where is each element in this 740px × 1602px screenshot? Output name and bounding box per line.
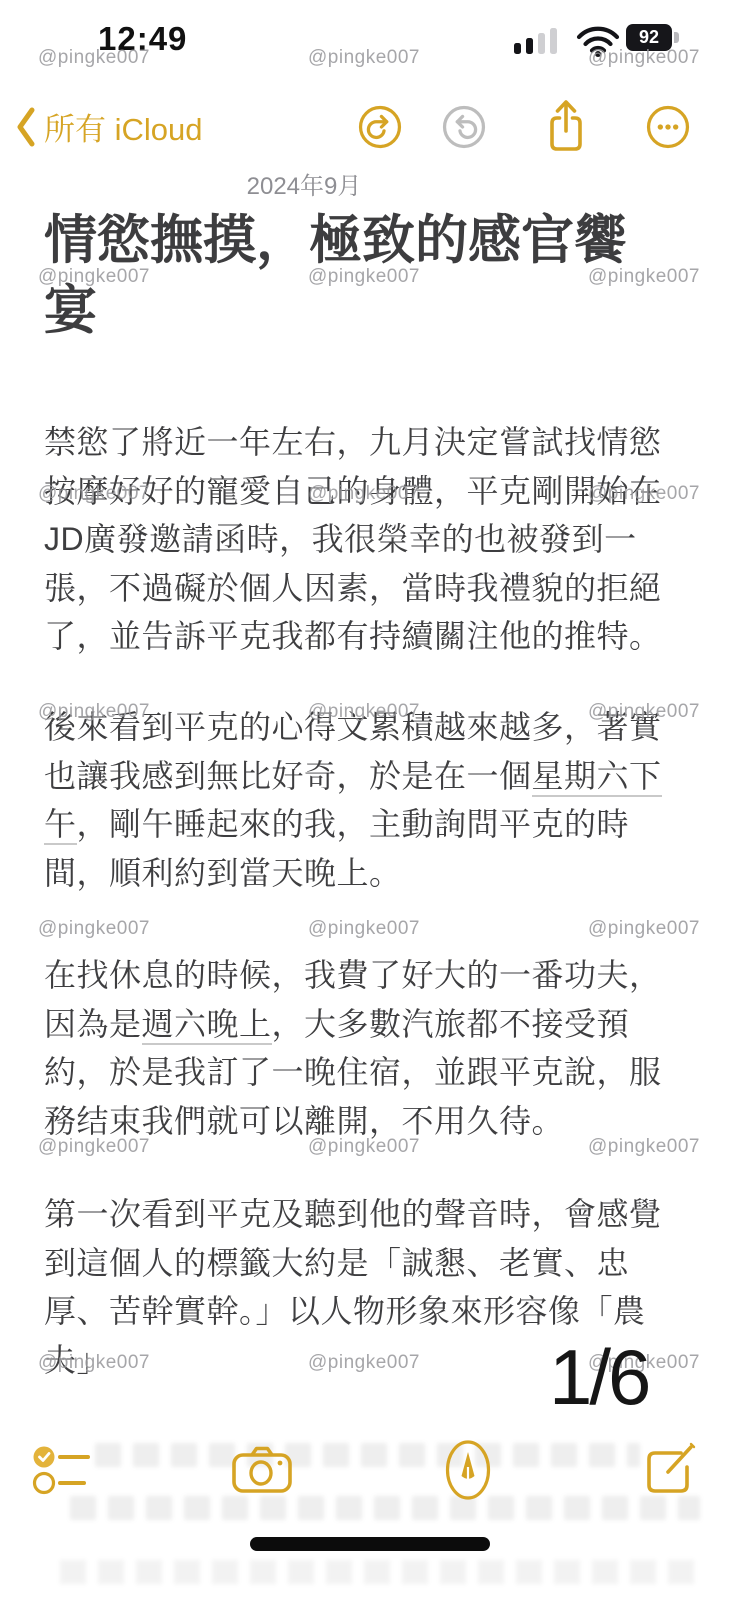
- battery-icon: 92: [626, 24, 672, 51]
- back-label: 所有 iCloud: [44, 104, 203, 149]
- text-line: 務结束我們就可以離開，不用久待。: [44, 1097, 700, 1146]
- wifi-icon: [576, 26, 620, 57]
- text-segment: ，大多數汽旅都不接受預: [272, 1006, 630, 1042]
- text-line: 厚、苦幹實幹。」以人物形象來形容像「農: [44, 1287, 700, 1336]
- more-icon: [645, 104, 691, 150]
- paragraph-1[interactable]: 禁慾了將近一年左右，九月決定嘗試找情慾 按摩好好的寵愛自己的身體，平克剛開始在 …: [44, 418, 700, 661]
- note-title-line1: 情慾撫摸，極致的感官饗: [44, 206, 704, 276]
- home-indicator[interactable]: [250, 1537, 490, 1551]
- date-link[interactable]: 週六晚上: [142, 1006, 272, 1045]
- more-button[interactable]: [645, 104, 691, 150]
- undo-button[interactable]: [357, 104, 403, 150]
- note-title[interactable]: 情慾撫摸，極致的感官饗 宴: [44, 206, 704, 346]
- text-line: 後來看到平克的心得文累積越來越多，著實: [44, 703, 700, 752]
- text-segment: ，剛午睡起來的我，主動詢問平克的時: [77, 806, 630, 842]
- camera-button[interactable]: [230, 1438, 294, 1502]
- compose-icon: [641, 1441, 699, 1499]
- status-time: 12:49: [98, 20, 187, 58]
- battery-cap: [674, 32, 679, 43]
- note-date: 2024年9月: [0, 166, 608, 201]
- share-icon: [542, 97, 590, 157]
- date-link[interactable]: 星期六下: [532, 758, 662, 797]
- ghost-text: [60, 1560, 700, 1584]
- watermark: @pingke007: [38, 918, 150, 940]
- back-button[interactable]: 所有 iCloud: [16, 104, 203, 149]
- page-indicator: 1/6: [549, 1332, 648, 1423]
- cellular-signal-icon: [514, 28, 564, 54]
- ghost-text: [70, 1496, 700, 1520]
- markup-icon: [444, 1439, 492, 1501]
- redo-button[interactable]: [441, 104, 487, 150]
- date-link[interactable]: 午: [44, 806, 77, 845]
- text-line: 按摩好好的寵愛自己的身體，平克剛開始在: [44, 467, 700, 516]
- text-line: 因為是週六晚上，大多數汽旅都不接受預: [44, 1000, 700, 1049]
- note-title-line2: 宴: [44, 276, 704, 346]
- checklist-icon: [32, 1442, 92, 1498]
- text-line: JD廣發邀請函時，我很榮幸的也被發到一: [44, 515, 700, 564]
- text-line: 張，不過礙於個人因素，當時我禮貌的拒絕: [44, 564, 700, 613]
- text-line: 在找休息的時候，我費了好大的一番功夫，: [44, 951, 700, 1000]
- text-line: 禁慾了將近一年左右，九月決定嘗試找情慾: [44, 418, 700, 467]
- markup-button[interactable]: [436, 1438, 500, 1502]
- watermark: @pingke007: [308, 47, 420, 69]
- undo-icon: [357, 104, 403, 150]
- ghost-text: [95, 1443, 640, 1467]
- text-line: 約，於是我訂了一晚住宿，並跟平克說，服: [44, 1048, 700, 1097]
- back-chevron-icon: [16, 105, 36, 149]
- redo-icon: [441, 104, 487, 150]
- watermark: @pingke007: [308, 918, 420, 940]
- text-segment: 也讓我感到無比好奇，於是在一個: [44, 758, 532, 794]
- text-line: 到這個人的標籤大約是「誠懇、老實、忠: [44, 1239, 700, 1288]
- paragraph-2[interactable]: 後來看到平克的心得文累積越來越多，著實 也讓我感到無比好奇，於是在一個星期六下 …: [44, 703, 700, 897]
- compose-button[interactable]: [638, 1438, 702, 1502]
- text-line: 了，並告訴平克我都有持續關注他的推特。: [44, 612, 700, 661]
- watermark: @pingke007: [588, 918, 700, 940]
- checklist-button[interactable]: [30, 1438, 94, 1502]
- camera-icon: [231, 1445, 293, 1495]
- share-button[interactable]: [543, 104, 589, 150]
- text-line: 間，順利約到當天晚上。: [44, 849, 700, 898]
- text-line: 第一次看到平克及聽到他的聲音時，會感覺: [44, 1190, 700, 1239]
- text-line: 也讓我感到無比好奇，於是在一個星期六下: [44, 752, 700, 801]
- paragraph-3[interactable]: 在找休息的時候，我費了好大的一番功夫， 因為是週六晚上，大多數汽旅都不接受預 約…: [44, 951, 700, 1145]
- text-line: 午，剛午睡起來的我，主動詢問平克的時: [44, 800, 700, 849]
- text-segment: 因為是: [44, 1006, 142, 1042]
